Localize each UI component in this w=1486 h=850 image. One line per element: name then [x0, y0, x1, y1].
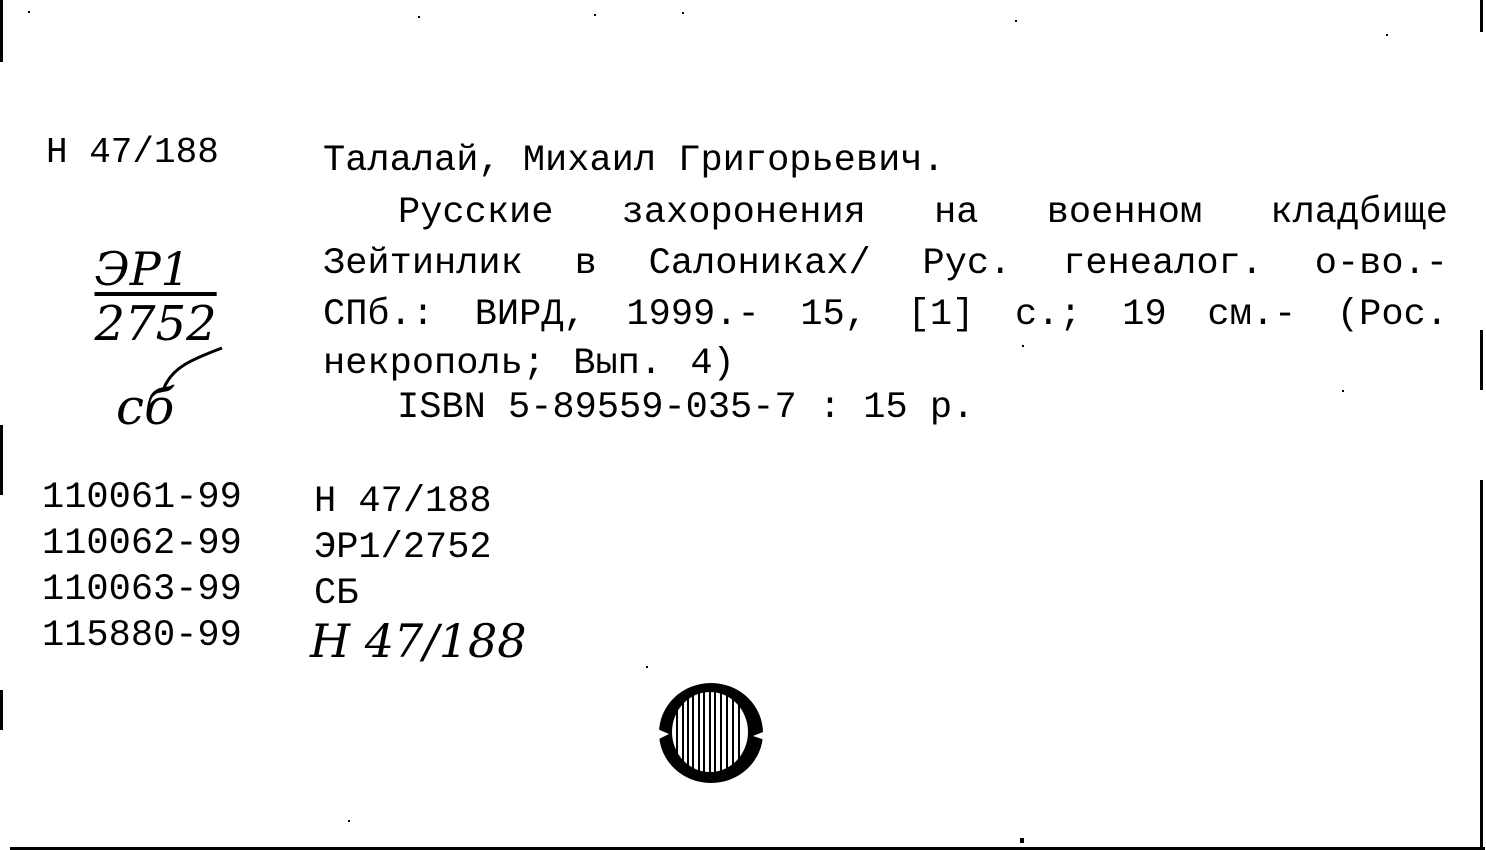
scan-speck	[1386, 34, 1388, 36]
holding-location: ЭР1/2752	[314, 530, 492, 567]
description-line-4: некрополь; Вып. 4)	[323, 346, 1448, 383]
handwritten-flourish-icon	[160, 342, 226, 392]
card-edge-right	[1480, 330, 1483, 390]
inventory-number: 115880-99	[42, 618, 242, 655]
scan-speck	[1342, 390, 1344, 392]
inventory-number: 110063-99	[42, 572, 242, 609]
handwritten-shelfmark-prefix: ЭР1	[95, 242, 190, 296]
author-heading: Талалай, Михаил Григорьевич.	[323, 143, 945, 180]
bibliographic-description: Русские захоронения на военном кладбище …	[323, 195, 1448, 383]
inventory-number: 110061-99	[42, 480, 242, 517]
card-edge-left	[0, 690, 3, 730]
catalog-card: Н 47/188 ЭР1 2752 сб Талалай, Михаил Гри…	[0, 0, 1486, 850]
description-line-3: СПб.: ВИРД, 1999.- 15, [1] с.; 19 см.- (…	[323, 297, 1448, 334]
scan-speck	[1020, 838, 1024, 843]
card-edge-left	[0, 425, 3, 495]
card-rod-hole-icon	[655, 678, 770, 788]
holding-location: Н 47/188	[314, 484, 492, 521]
inventory-number: 110062-99	[42, 526, 242, 563]
description-line-2: Зейтинлик в Салониках/ Рус. генеалог. о-…	[323, 246, 1448, 283]
card-edge-left	[0, 0, 3, 62]
description-line-1: Русские захоронения на военном кладбище	[398, 195, 1448, 232]
holding-location: СБ	[314, 576, 358, 613]
scan-speck	[594, 14, 596, 16]
card-edge-right	[1480, 480, 1483, 850]
scan-speck	[682, 12, 684, 14]
scan-speck	[28, 11, 30, 13]
call-number: Н 47/188	[46, 135, 219, 171]
scan-speck	[646, 666, 648, 668]
scan-speck	[1015, 20, 1017, 22]
isbn-line: ISBN 5-89559-035-7 : 15 р.	[397, 390, 974, 427]
card-edge-right	[1480, 0, 1483, 32]
scan-speck	[348, 820, 350, 822]
holding-location-handwritten: Н 47/188	[310, 614, 527, 668]
scan-speck	[418, 16, 420, 18]
